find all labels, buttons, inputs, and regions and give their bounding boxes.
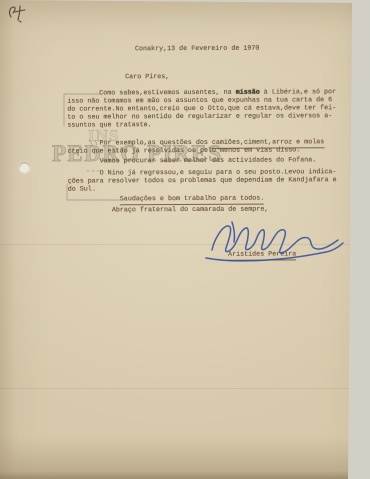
underlined-farewell: Saudações e bom trabalho para todos. xyxy=(120,195,265,205)
paragraph4-line3: do Sul. xyxy=(68,185,96,193)
handwritten-signature xyxy=(198,214,348,266)
paragraph4-line2: ções para resolver todos os problemas qu… xyxy=(68,176,337,185)
inked-correction-word: missão xyxy=(236,89,260,97)
farewell-line: Saudações e bom trabalho para todos. xyxy=(120,195,265,204)
scan-edge-shadow xyxy=(0,471,348,479)
scanned-letter: INS PEDRO PIRES Conakry,1 xyxy=(0,0,370,479)
paragraph1-line5: ssuntos que trataste. xyxy=(67,121,151,129)
paragraph3-line1: Vamos procurar saber melhor das activida… xyxy=(100,156,317,165)
paragraph2-line2: creio que estão já resolvidas ou pelo me… xyxy=(68,146,301,155)
paper-sheet: INS PEDRO PIRES Conakry,1 xyxy=(0,0,370,479)
date-line: Conakry,13 de Fevereiro de 1970 xyxy=(135,45,259,54)
salutation: Caro Pires, xyxy=(125,73,169,81)
paragraph1-line4: to o seu melhor no sentido de regulariza… xyxy=(67,112,332,121)
